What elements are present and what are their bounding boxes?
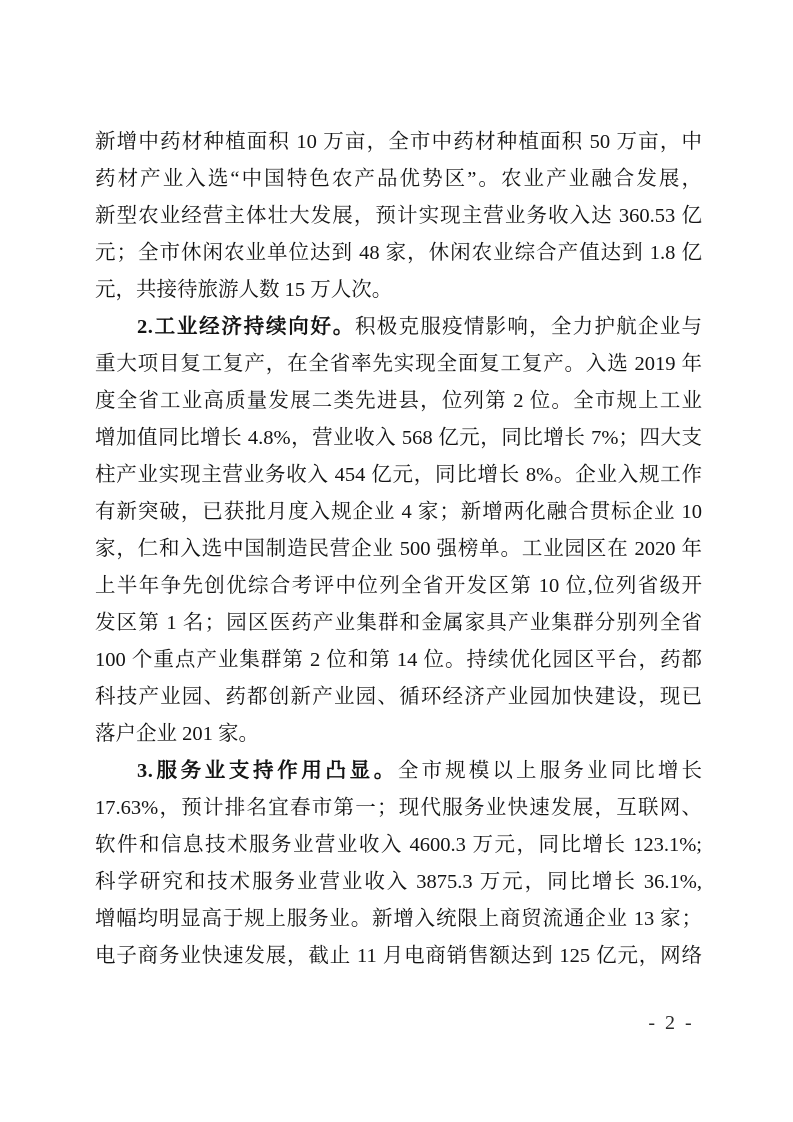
text-line: 家，仁和入选中国制造民营企业 500 强榜单。工业园区在 2020 年 (95, 531, 702, 568)
text-line: 发区第 1 名；园区医药产业集群和金属家具产业集群分别列全省 (95, 605, 702, 642)
paragraph-lead: 3.服务业支持作用凸显。 (137, 760, 398, 782)
text-line: 3.服务业支持作用凸显。全市规模以上服务业同比增长 (95, 753, 702, 790)
text-line: 100 个重点产业集群第 2 位和第 14 位。持续优化园区平台，药都 (95, 642, 702, 679)
paragraph: 新增中药材种植面积 10 万亩，全市中药材种植面积 50 万亩，中药材产业入选“… (95, 124, 702, 309)
text-line: 元；全市休闲农业单位达到 48 家，休闲农业综合产值达到 1.8 亿 (95, 235, 702, 272)
text-line: 药材产业入选“中国特色农产品优势区”。农业产业融合发展， (95, 161, 702, 198)
document-page: 新增中药材种植面积 10 万亩，全市中药材种植面积 50 万亩，中药材产业入选“… (0, 0, 793, 1122)
text-line: 2.工业经济持续向好。积极克服疫情影响，全力护航企业与 (95, 309, 702, 346)
text-line: 科技产业园、药都创新产业园、循环经济产业园加快建设，现已 (95, 679, 702, 716)
text-line: 有新突破，已获批月度入规企业 4 家；新增两化融合贯标企业 10 (95, 494, 702, 531)
text-line: 上半年争先创优综合考评中位列全省开发区第 10 位,位列省级开 (95, 568, 702, 605)
text-line: 落户企业 201 家。 (95, 716, 702, 753)
text-line: 17.63%，预计排名宜春市第一；现代服务业快速发展，互联网、 (95, 790, 702, 827)
page-number: - 2 - (640, 1008, 700, 1038)
text-line: 新型农业经营主体壮大发展，预计实现主营业务收入达 360.53 亿 (95, 198, 702, 235)
line-text: 积极克服疫情影响，全力护航企业与 (355, 316, 702, 338)
text-line: 重大项目复工复产，在全省率先实现全面复工复产。入选 2019 年 (95, 346, 702, 383)
paragraph-lead: 2.工业经济持续向好。 (137, 316, 355, 338)
line-text: 全市规模以上服务业同比增长 (398, 760, 702, 782)
text-line: 增幅均明显高于规上服务业。新增入统限上商贸流通企业 13 家； (95, 901, 702, 938)
text-line: 元，共接待旅游人数 15 万人次。 (95, 272, 702, 309)
text-line: 新增中药材种植面积 10 万亩，全市中药材种植面积 50 万亩，中 (95, 124, 702, 161)
text-line: 软件和信息技术服务业营业收入 4600.3 万元，同比增长 123.1%; (95, 827, 702, 864)
paragraph: 2.工业经济持续向好。积极克服疫情影响，全力护航企业与重大项目复工复产，在全省率… (95, 309, 702, 753)
text-line: 电子商务业快速发展，截止 11 月电商销售额达到 125 亿元，网络 (95, 938, 702, 975)
text-line: 柱产业实现主营业务收入 454 亿元，同比增长 8%。企业入规工作 (95, 457, 702, 494)
text-line: 增加值同比增长 4.8%，营业收入 568 亿元，同比增长 7%；四大支 (95, 420, 702, 457)
text-line: 科学研究和技术服务业营业收入 3875.3 万元，同比增长 36.1%, (95, 864, 702, 901)
document-body: 新增中药材种植面积 10 万亩，全市中药材种植面积 50 万亩，中药材产业入选“… (95, 124, 702, 975)
text-line: 度全省工业高质量发展二类先进县，位列第 2 位。全市规上工业 (95, 383, 702, 420)
paragraph: 3.服务业支持作用凸显。全市规模以上服务业同比增长17.63%，预计排名宜春市第… (95, 753, 702, 975)
